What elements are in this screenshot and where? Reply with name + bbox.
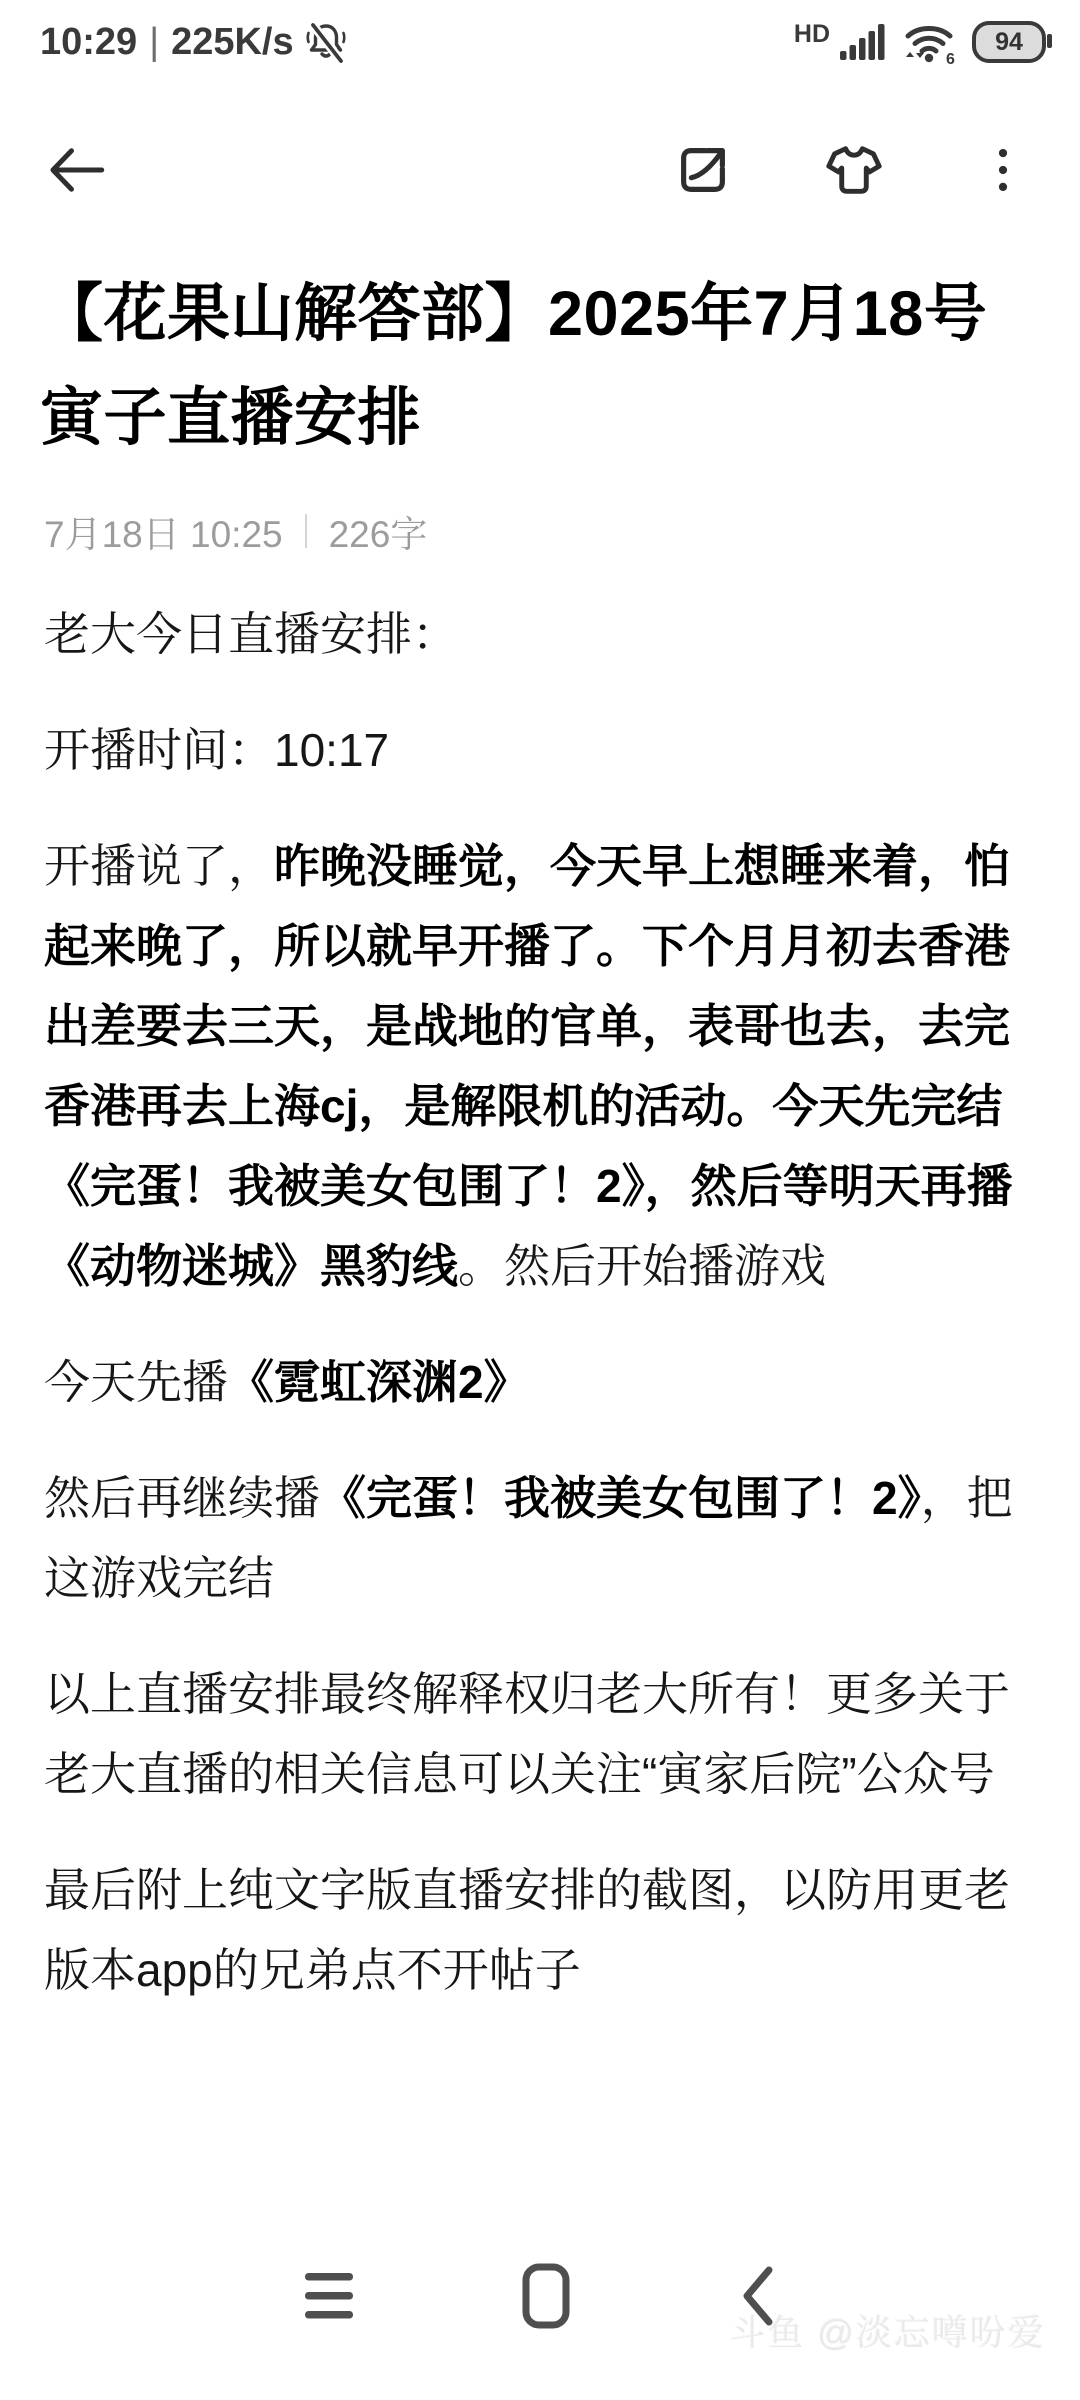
- paragraph: 开播时间：10:17: [44, 710, 1036, 790]
- shirt-button[interactable]: [822, 139, 886, 201]
- share-icon: [672, 139, 734, 201]
- phone-screen: 10:29 | 225K/s HD: [0, 0, 1080, 2400]
- text-run-bold: 《完蛋！我被美女包围了！2》: [320, 1472, 921, 1524]
- bell-muted-icon: [304, 20, 348, 64]
- recents-icon: [303, 2265, 355, 2327]
- article-body: 老大今日直播安排：开播时间：10:17开播说了，昨晚没睡觉，今天早上想睡来着，怕…: [44, 594, 1036, 2010]
- battery-icon: 94: [972, 21, 1046, 63]
- text-run-bold: 《霓虹深渊2》: [228, 1356, 530, 1408]
- paragraph: 今天先播《霓虹深渊2》: [44, 1342, 1036, 1422]
- status-time: 10:29: [40, 21, 137, 64]
- text-run: 然后再继续播: [44, 1472, 320, 1524]
- system-nav-bar: [0, 2262, 1080, 2330]
- toolbar-actions: [672, 139, 1032, 201]
- signal-strength-icon: [840, 24, 886, 60]
- text-run-bold: 昨晚没睡觉，今天早上想睡来着，怕起来晚了，所以就早开播了。下个月月初去香港出差要…: [44, 840, 1013, 1292]
- paragraph: 以上直播安排最终解释权归老大所有！更多关于老大直播的相关信息可以关注“寅家后院”…: [44, 1654, 1036, 1814]
- recents-button[interactable]: [303, 2265, 355, 2327]
- more-options-icon: [974, 139, 1032, 201]
- text-run: 今天先播: [44, 1356, 228, 1408]
- status-separator: |: [147, 21, 161, 64]
- wifi-standard-label: 6: [946, 51, 955, 65]
- back-button[interactable]: [44, 139, 110, 201]
- shirt-icon: [822, 139, 886, 201]
- post-date: 7月18日 10:25: [44, 504, 283, 558]
- text-run: 最后附上纯文字版直播安排的截图，以防用更老版本app的兄弟点不开帖子: [44, 1864, 1010, 1996]
- status-right: HD 6: [794, 19, 1046, 65]
- text-run: 开播说了，: [44, 840, 274, 892]
- paragraph: 老大今日直播安排：: [44, 594, 1036, 674]
- post-title: 【花果山解答部】2025年7月18号寅子直播安排: [40, 262, 1040, 470]
- status-bar: 10:29 | 225K/s HD: [0, 0, 1080, 70]
- app-toolbar: [0, 120, 1080, 220]
- paragraph: 开播说了，昨晚没睡觉，今天早上想睡来着，怕起来晚了，所以就早开播了。下个月月初去…: [44, 826, 1036, 1306]
- wifi-icon: 6: [900, 19, 958, 65]
- home-icon: [521, 2262, 571, 2330]
- battery-nub: [1047, 34, 1052, 48]
- status-left: 10:29 | 225K/s: [40, 20, 348, 64]
- text-run: 以上直播安排最终解释权归老大所有！更多关于老大直播的相关信息可以关注“寅家后院”…: [44, 1668, 1010, 1800]
- text-run: 老大今日直播安排：: [44, 608, 458, 660]
- hd-icon: HD: [794, 20, 830, 49]
- paragraph: 最后附上纯文字版直播安排的截图，以防用更老版本app的兄弟点不开帖子: [44, 1850, 1036, 2010]
- nav-back-button[interactable]: [737, 2262, 777, 2330]
- more-options-button[interactable]: [974, 139, 1032, 201]
- share-button[interactable]: [672, 139, 734, 201]
- meta-divider: [305, 514, 307, 548]
- battery-level: 94: [995, 28, 1023, 57]
- word-count: 226字: [329, 504, 428, 558]
- post-meta: 7月18日 10:25 226字: [44, 504, 1036, 558]
- paragraph: 然后再继续播《完蛋！我被美女包围了！2》，把这游戏完结: [44, 1458, 1036, 1618]
- back-arrow-icon: [44, 139, 110, 201]
- text-run: 。然后开始播游戏: [458, 1240, 826, 1292]
- home-button[interactable]: [521, 2262, 571, 2330]
- back-icon: [737, 2262, 777, 2330]
- network-speed: 225K/s: [171, 21, 294, 64]
- text-run: 开播时间：10:17: [44, 724, 389, 776]
